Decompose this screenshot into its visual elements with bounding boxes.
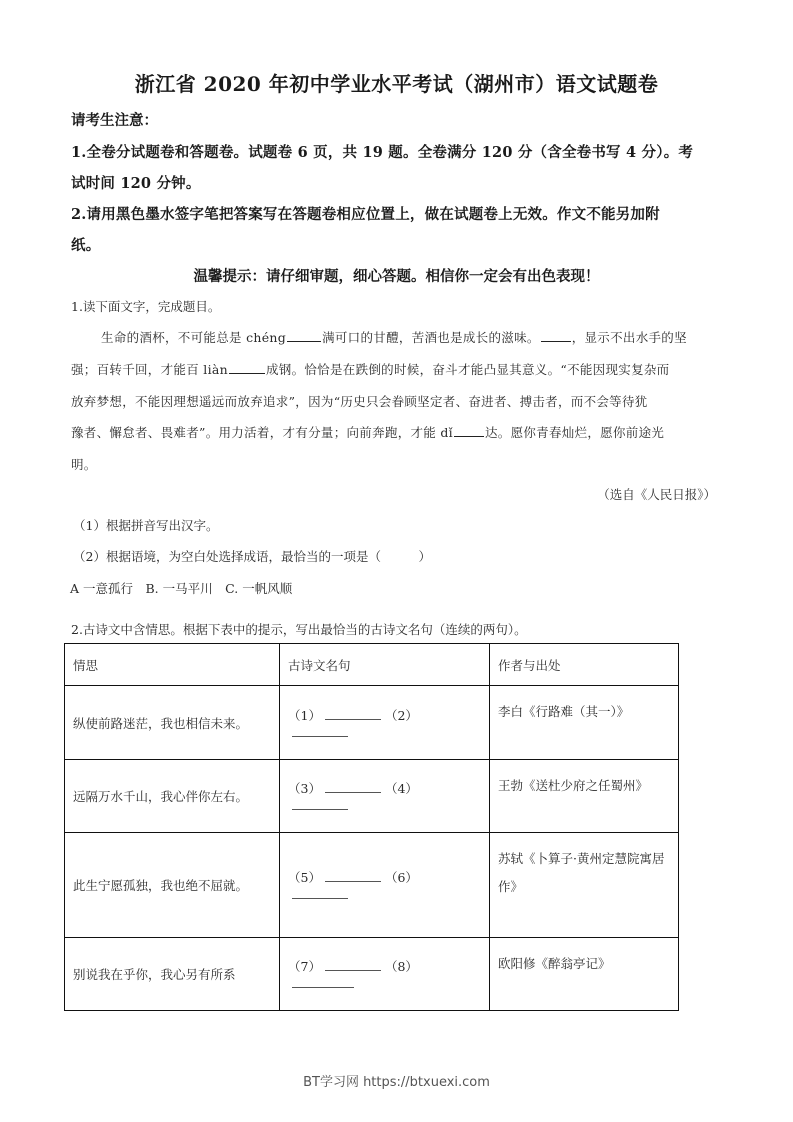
table-header: 古诗文名句 <box>280 644 490 686</box>
blank-di[interactable] <box>454 424 484 437</box>
feeling-cell: 纵使前路迷茫，我也相信未来。 <box>65 686 280 760</box>
source-cell: 李白《行路难（其一）》 <box>490 686 679 760</box>
quote-cell: （5）（6） <box>280 833 490 938</box>
notice-heading: 请考生注意： <box>71 109 158 130</box>
source-cell: 王勃《送杜少府之任蜀州》 <box>490 760 679 833</box>
blank-cheng[interactable] <box>287 329 321 342</box>
table-row: 别说我在乎你，我心另有所系 （7）（8） 欧阳修《醉翁亭记》 <box>65 938 679 1011</box>
passage-line-3: 放弃梦想，不能因理想遥远而放弃追求”，因为“历史只会眷顾坚定者、奋进者、搏击者，… <box>71 392 648 410</box>
quote-cell: （1）（2） <box>280 686 490 760</box>
passage-text: 成钢。恰恰是在跌倒的时候，奋斗才能凸显其意义。“不能因现实复杂而 <box>266 362 670 377</box>
quote-cell: （7）（8） <box>280 938 490 1011</box>
blank-label: （7） <box>288 959 321 974</box>
answer-blank[interactable] <box>325 958 381 971</box>
passage-line-5: 明。 <box>71 455 97 473</box>
notice-rule-2-line-2: 纸。 <box>71 234 100 255</box>
passage-line-2: 强；百转千回，才能百 liàn成钢。恰恰是在跌倒的时候，奋斗才能凸显其意义。“不… <box>71 360 669 378</box>
notice-rule-1-line-1: 1.全卷分试题卷和答题卷。试题卷 6 页，共 19 题。全卷满分 120 分（含… <box>71 141 693 162</box>
passage-text: 达。愿你青春灿烂，愿你前途光 <box>485 425 664 440</box>
source-cell: 苏轼《卜算子·黄州定慧院寓居作》 <box>490 833 679 938</box>
table-header: 作者与出处 <box>490 644 679 686</box>
question-1-prompt: 1.读下面文字，完成题目。 <box>71 297 220 315</box>
warm-tip: 温馨提示：请仔细审题，细心答题。相信你一定会有出色表现！ <box>0 265 793 286</box>
blank-label: （2） <box>385 708 418 723</box>
blank-label: （6） <box>385 870 418 885</box>
blank-lian[interactable] <box>229 361 265 374</box>
passage-line-1: 生命的酒杯，不可能总是 chéng满可口的甘醴，苦酒也是成长的滋味。，显示不出水… <box>101 328 687 346</box>
passage-text: 满可口的甘醴，苦酒也是成长的滋味。 <box>322 330 540 345</box>
table-header: 情思 <box>65 644 280 686</box>
source-cell: 欧阳修《醉翁亭记》 <box>490 938 679 1011</box>
passage-text: 强；百转千回，才能百 liàn <box>71 362 228 377</box>
quote-cell: （3）（4） <box>280 760 490 833</box>
question-2-prompt: 2.古诗文中含情思。根据下表中的提示，写出最恰当的古诗文名句（连续的两句）。 <box>71 620 527 638</box>
page-title: 浙江省 2020 年初中学业水平考试（湖州市）语文试题卷 <box>0 68 793 97</box>
sub-question-1: （1）根据拼音写出汉字。 <box>73 516 218 534</box>
notice-rule-1-line-2: 试时间 120 分钟。 <box>71 172 201 193</box>
table-header-row: 情思 古诗文名句 作者与出处 <box>65 644 679 686</box>
blank-label: （1） <box>288 708 321 723</box>
table-row: 远隔万水千山，我心伴你左右。 （3）（4） 王勃《送杜少府之任蜀州》 <box>65 760 679 833</box>
table-row: 此生宁愿孤独，我也绝不屈就。 （5）（6） 苏轼《卜算子·黄州定慧院寓居作》 <box>65 833 679 938</box>
sub-question-2: （2）根据语境，为空白处选择成语，最恰当的一项是（ ） <box>73 547 431 565</box>
answer-blank[interactable] <box>292 724 348 737</box>
notice-rule-2-line-1: 2.请用黑色墨水签字笔把答案写在答题卷相应位置上，做在试题卷上无效。作文不能另加… <box>71 203 660 224</box>
passage-line-4: 豫者、懈怠者、畏难者”。用力活着，才有分量；向前奔跑，才能 dǐ达。愿你青春灿烂… <box>71 423 664 441</box>
passage-source: （选自《人民日报》） <box>597 485 716 503</box>
answer-blank[interactable] <box>325 707 381 720</box>
passage-text: 豫者、懈怠者、畏难者”。用力活着，才有分量；向前奔跑，才能 dǐ <box>71 425 453 440</box>
answer-blank[interactable] <box>325 869 381 882</box>
blank-idiom[interactable] <box>541 329 571 342</box>
table-row: 纵使前路迷茫，我也相信未来。 （1）（2） 李白《行路难（其一）》 <box>65 686 679 760</box>
blank-label: （4） <box>385 781 418 796</box>
answer-blank[interactable] <box>325 780 381 793</box>
answer-blank[interactable] <box>292 797 348 810</box>
blank-label: （5） <box>288 870 321 885</box>
feeling-cell: 此生宁愿孤独，我也绝不屈就。 <box>65 833 280 938</box>
poem-table: 情思 古诗文名句 作者与出处 纵使前路迷茫，我也相信未来。 （1）（2） 李白《… <box>64 643 679 1011</box>
blank-label: （3） <box>288 781 321 796</box>
feeling-cell: 远隔万水千山，我心伴你左右。 <box>65 760 280 833</box>
passage-text: 生命的酒杯，不可能总是 chéng <box>101 330 286 345</box>
watermark-footer: BT学习网 https://btxuexi.com <box>0 1071 793 1090</box>
blank-label: （8） <box>385 959 418 974</box>
passage-text: ，显示不出水手的坚 <box>572 330 687 345</box>
answer-blank[interactable] <box>292 886 348 899</box>
feeling-cell: 别说我在乎你，我心另有所系 <box>65 938 280 1011</box>
answer-blank[interactable] <box>292 975 354 988</box>
answer-options: A 一意孤行 B. 一马平川 C. 一帆风顺 <box>70 579 292 597</box>
